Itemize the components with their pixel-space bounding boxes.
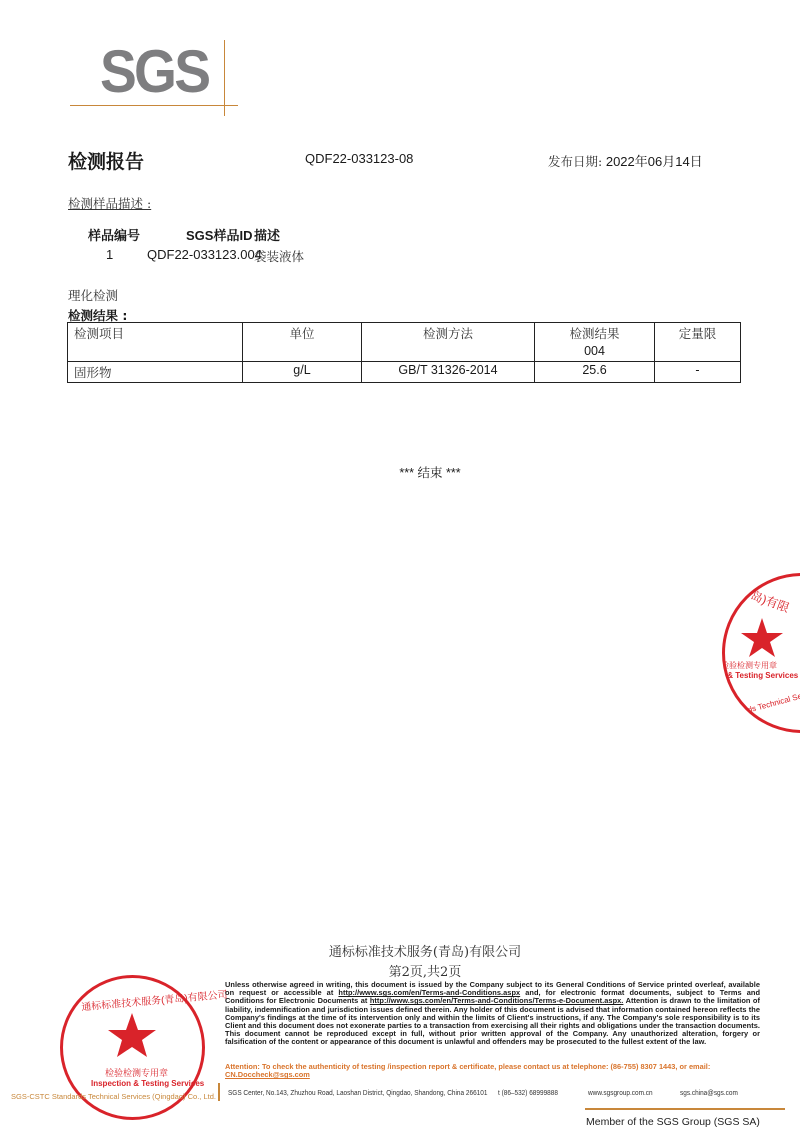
seal-left-en-purpose: Inspection & Testing Services: [91, 1079, 204, 1088]
legal-disclaimer: Unless otherwise agreed in writing, this…: [225, 981, 760, 1047]
sgs-sample-id-value: QDF22-033123.004: [147, 247, 262, 262]
report-title: 检测报告: [68, 147, 144, 174]
company-email-link[interactable]: sgs.china@sgs.com: [680, 1088, 738, 1097]
cell-item: 固形物: [68, 362, 243, 383]
end-marker: *** 结束 ***: [0, 463, 800, 481]
col-header-item: 检测项目: [68, 323, 243, 362]
logo-horizontal-rule: [70, 105, 238, 106]
results-table: 检测项目 单位 检测方法 检测结果 004 定量限 固形物 g/L GB/T 3…: [67, 322, 741, 383]
section-title: 理化检测: [68, 286, 118, 304]
official-seal-right: 务(青岛)有限 检验检测专用章 Inspection & Testing Ser…: [722, 573, 800, 733]
disclaimer-text-3: Attention is drawn to the limitation of …: [225, 996, 760, 1046]
logo-vertical-rule: [224, 40, 225, 116]
doccheck-email-link[interactable]: CN.Doccheck@sgs.com: [225, 1070, 310, 1079]
col-header-result-label: 检测结果: [569, 326, 619, 341]
logo-text: SGS: [100, 38, 208, 106]
sample-no-value: 1: [106, 247, 113, 262]
end-stars-left: ***: [399, 466, 414, 480]
sgs-logo: SGS: [70, 34, 245, 116]
cell-result: 25.6: [535, 362, 655, 383]
description-value: 袋装液体: [254, 247, 304, 265]
cell-method: GB/T 31326-2014: [362, 362, 535, 383]
end-stars-right: ***: [446, 466, 461, 480]
col-header-result-sample: 004: [541, 344, 648, 358]
table-row: 固形物 g/L GB/T 31326-2014 25.6 -: [68, 362, 741, 383]
company-website-link[interactable]: www.sgsgroup.com.cn: [588, 1088, 653, 1097]
col-header-loq: 定量限: [655, 323, 741, 362]
issue-date: 发布日期: 2022年06月14日: [548, 151, 703, 170]
issue-date-value: 2022年06月14日: [606, 154, 703, 169]
col-header-result: 检测结果 004: [535, 323, 655, 362]
footer-company-name: 通标标准技术服务(青岛)有限公司: [0, 941, 800, 960]
seal-left-en-name: SGS-CSTC Standards Technical Services (Q…: [11, 1092, 216, 1101]
address-accent-bar: [218, 1083, 220, 1101]
sgs-sample-id-header: SGS样品ID: [186, 225, 252, 244]
issue-date-label: 发布日期:: [548, 154, 602, 169]
member-of-sgs-group: Member of the SGS Group (SGS SA): [586, 1116, 760, 1128]
authenticity-notice: Attention: To check the authenticity of …: [225, 1063, 785, 1079]
seal-left-cn-purpose: 检验检测专用章: [105, 1066, 168, 1079]
col-header-unit: 单位: [243, 323, 362, 362]
cell-loq: -: [655, 362, 741, 383]
official-seal-left: 通标标准技术服务(青岛)有限公司 检验检测专用章 Inspection & Te…: [60, 975, 205, 1120]
results-table-header: 检测项目 单位 检测方法 检测结果 004 定量限: [68, 323, 741, 362]
description-header: 描述: [254, 225, 280, 244]
seal-right-cn-purpose: 检验检测专用章: [722, 660, 777, 671]
report-number: QDF22-033123-08: [305, 151, 413, 166]
company-telephone: t (86–532) 68999888: [498, 1088, 558, 1097]
cell-unit: g/L: [243, 362, 362, 383]
sample-description-heading: 检测样品描述 :: [68, 194, 151, 212]
company-address: SGS Center, No.143, Zhuzhou Road, Laosha…: [228, 1088, 487, 1097]
member-divider: [585, 1108, 785, 1110]
seal-right-en-purpose: Inspection & Testing Services: [722, 671, 798, 680]
end-text: 结束: [417, 465, 442, 480]
col-header-method: 检测方法: [362, 323, 535, 362]
sample-no-header: 样品编号: [88, 225, 140, 244]
